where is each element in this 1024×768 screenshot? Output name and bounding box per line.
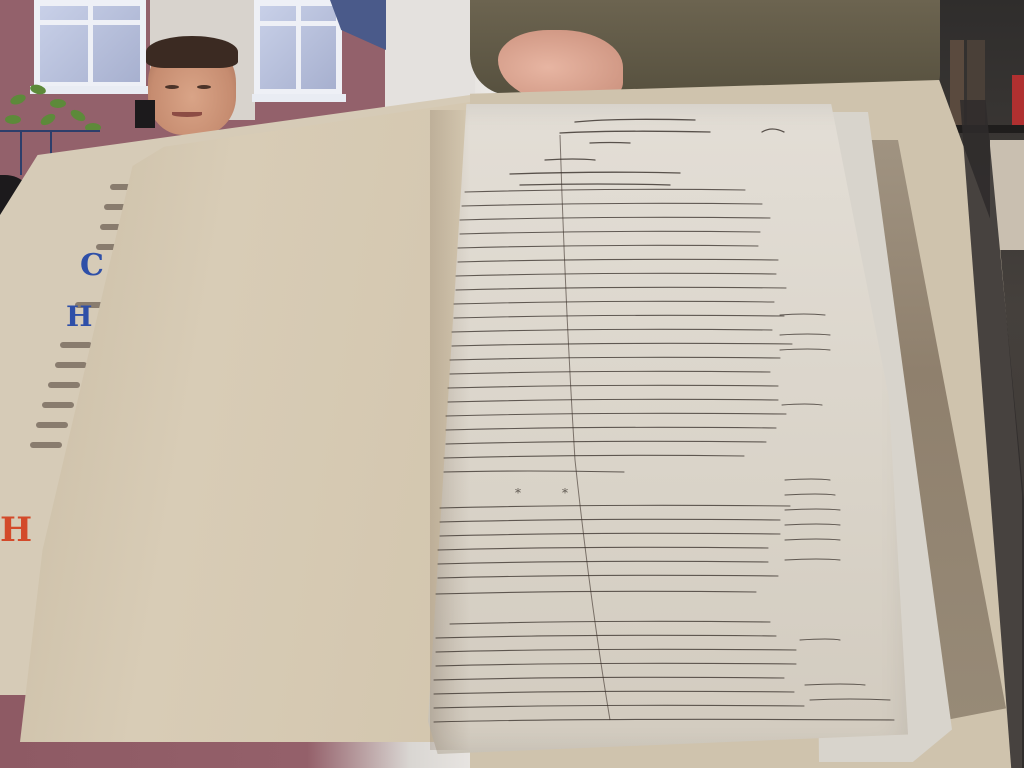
window-sill	[252, 94, 346, 102]
blue-initial-h: H	[66, 300, 92, 333]
dark-shirt	[135, 100, 155, 128]
man-hair	[146, 36, 238, 68]
blue-initial-c: C	[80, 248, 104, 283]
handwritten-right-page	[428, 104, 908, 754]
red-initial-h: H	[0, 510, 32, 550]
window-right	[254, 0, 342, 95]
book-spine	[1012, 75, 1024, 125]
wall-pillar	[385, 0, 475, 110]
eye	[197, 85, 211, 89]
eye	[165, 85, 179, 89]
smile	[172, 112, 202, 117]
book-gutter	[430, 110, 470, 750]
window-left	[34, 0, 146, 88]
